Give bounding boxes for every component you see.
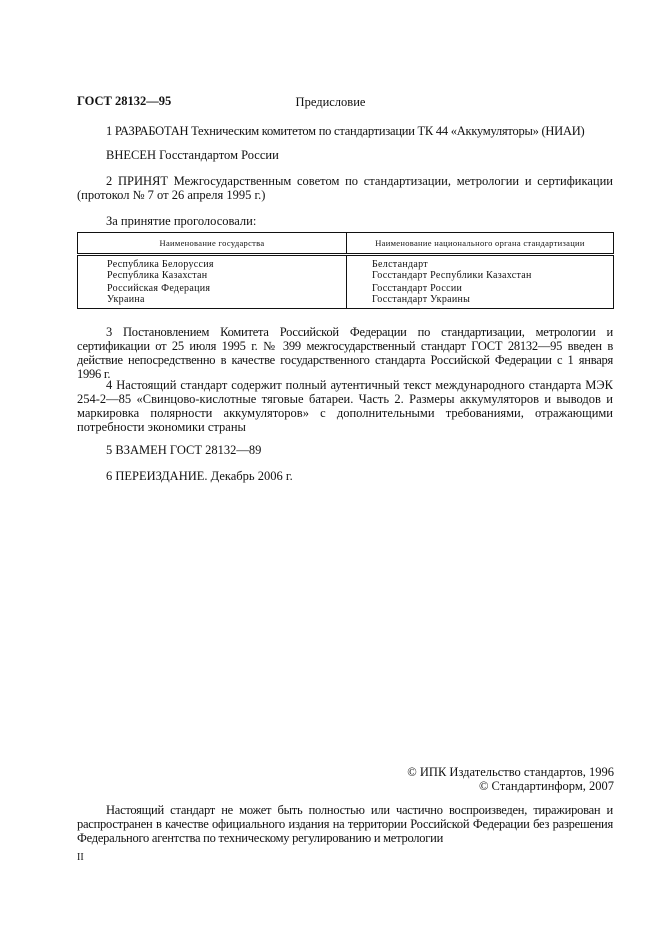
item-5-replaces: 5 ВЗАМЕН ГОСТ 28132—89: [77, 443, 613, 457]
standards-body-name: Госстандарт Республики Казахстан: [372, 270, 613, 281]
copyright-line-2: © Стандартинформ, 2007: [77, 779, 614, 793]
page-title: Предисловие: [0, 95, 661, 110]
state-name: Республика Белоруссия: [107, 259, 346, 270]
voters-table: Наименование государства Наименование на…: [77, 232, 614, 309]
state-name: Российская Федерация: [107, 283, 346, 294]
item-1-introduced: ВНЕСЕН Госстандартом России: [77, 148, 613, 162]
state-name: Республика Казахстан: [107, 270, 346, 281]
column-header-standards-body: Наименование национального органа станда…: [347, 233, 614, 255]
table-header-row: Наименование государства Наименование на…: [78, 233, 614, 255]
item-6-reissue: 6 ПЕРЕИЗДАНИЕ. Декабрь 2006 г.: [77, 469, 613, 483]
item-3-enacted: 3 Постановлением Комитета Российской Фед…: [77, 325, 613, 381]
column-header-state: Наименование государства: [78, 233, 347, 255]
reproduction-notice: Настоящий стандарт не может быть полност…: [77, 803, 613, 845]
item-1-developed: 1 РАЗРАБОТАН Техническим комитетом по ст…: [77, 124, 613, 138]
page-number: II: [77, 852, 84, 863]
states-cell: Республика Белоруссия Республика Казахст…: [78, 255, 347, 309]
standards-body-name: Госстандарт Украины: [372, 294, 613, 305]
standards-body-name: Госстандарт России: [372, 283, 613, 294]
state-name: Украина: [107, 294, 346, 305]
voted-label: За принятие проголосовали:: [77, 214, 613, 228]
standards-body-name: Белстандарт: [372, 259, 613, 270]
copyright-line-1: © ИПК Издательство стандартов, 1996: [77, 765, 614, 779]
item-4-content: 4 Настоящий стандарт содержит полный аут…: [77, 378, 613, 434]
standards-bodies-cell: Белстандарт Госстандарт Республики Казах…: [347, 255, 614, 309]
item-2-adopted: 2 ПРИНЯТ Межгосударственным советом по с…: [77, 174, 613, 202]
